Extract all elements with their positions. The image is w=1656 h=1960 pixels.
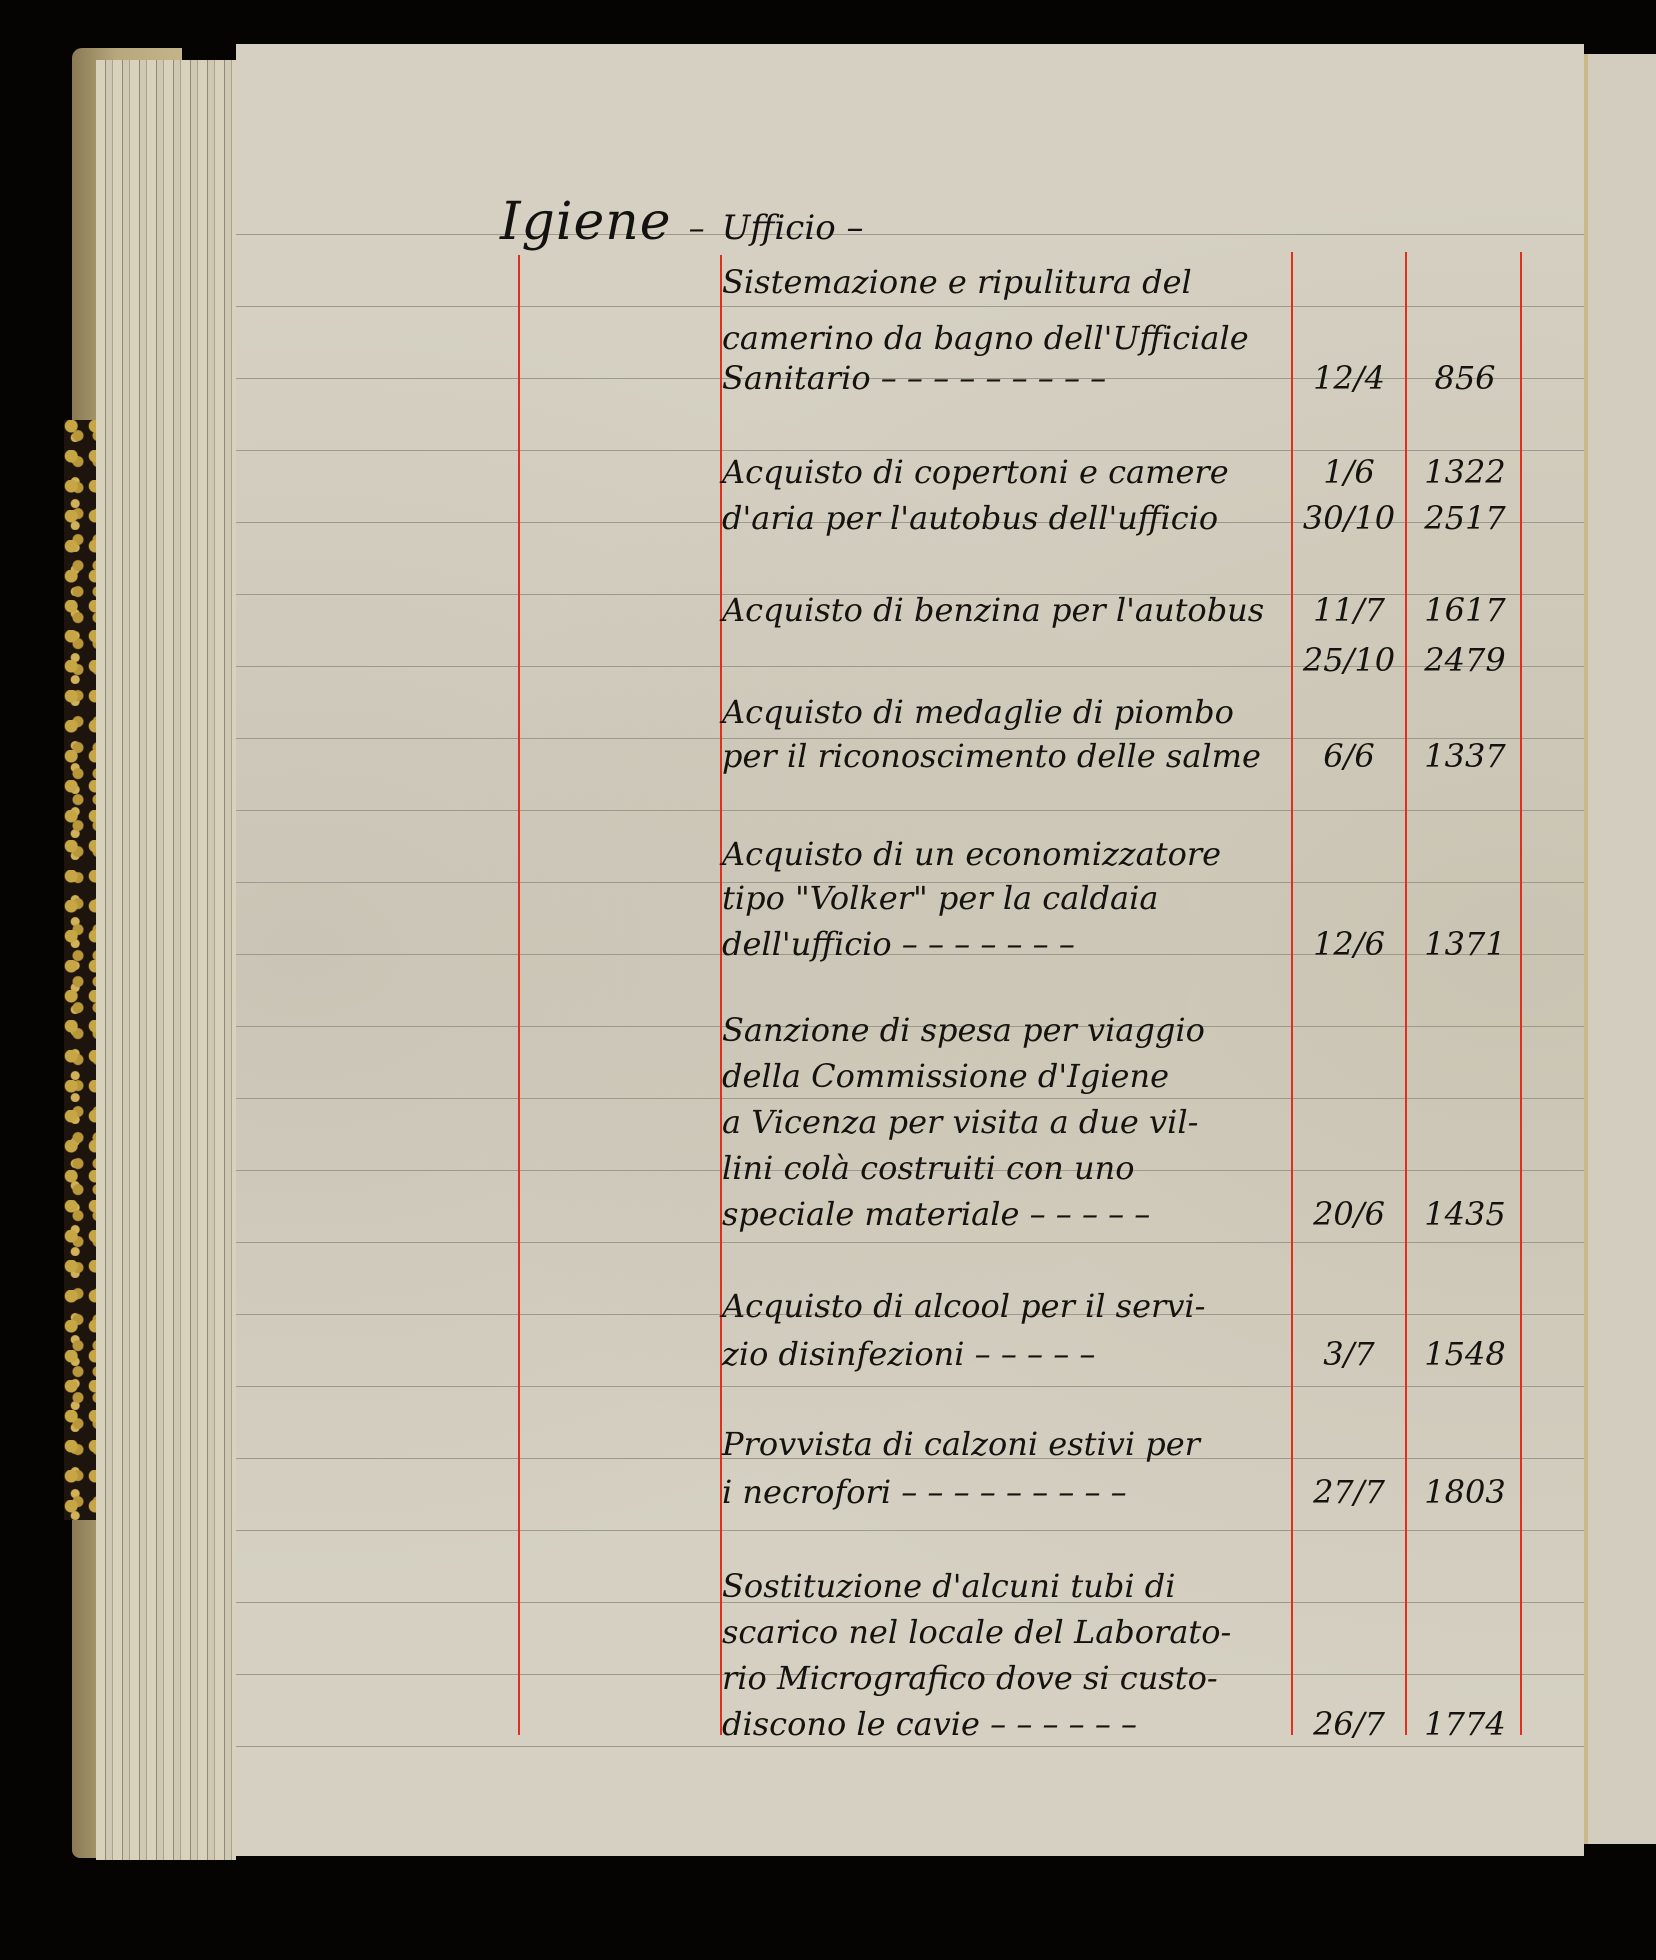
entry-date: 1/6	[1294, 452, 1404, 492]
entry-text-line: Acquisto di un economizzatore	[722, 834, 1282, 874]
entry-text-line: Acquisto di copertoni e camere	[722, 452, 1282, 492]
margin-rule	[518, 255, 520, 1735]
ledger-book: Igiene – Ufficio – Sistemazione e ripuli…	[0, 0, 1656, 1960]
entry-text-line: i necrofori – – – – – – – – –	[722, 1472, 1282, 1512]
entry-date: 12/6	[1294, 924, 1404, 964]
entry-text-line: lini colà costruiti con uno	[722, 1148, 1282, 1188]
entry-text-line: scarico nel locale del Laborato-	[722, 1612, 1282, 1652]
marbled-binding	[64, 420, 96, 1520]
entry-text-line: tipo "Volker" per la caldaia	[722, 878, 1282, 918]
entry-date: 30/10	[1294, 498, 1404, 538]
ruled-line	[236, 1242, 1584, 1243]
entry-text-line: d'aria per l'autobus dell'ufficio	[722, 498, 1282, 538]
ruled-line	[236, 810, 1584, 811]
entry-text-line: Acquisto di alcool per il servi-	[722, 1286, 1282, 1326]
entry-text-line: Acquisto di benzina per l'autobus	[722, 590, 1282, 630]
entry-date: 20/6	[1294, 1194, 1404, 1234]
entry-number: 856	[1412, 358, 1518, 398]
right-column-rule	[1520, 252, 1522, 1735]
heading-subtitle: Ufficio –	[722, 208, 864, 248]
page-stack-edges	[96, 60, 236, 1860]
entry-number: 1371	[1412, 924, 1518, 964]
date-column-rule	[1291, 252, 1293, 1735]
entry-number: 1548	[1412, 1334, 1518, 1374]
facing-page-edge	[1584, 54, 1656, 1844]
entry-number: 1435	[1412, 1194, 1518, 1234]
heading-separator: –	[689, 209, 705, 247]
ruled-line	[236, 1746, 1584, 1747]
number-column-rule	[1405, 252, 1407, 1735]
ruled-line	[236, 1530, 1584, 1531]
entry-text-line: Sistemazione e ripulitura del	[722, 262, 1282, 302]
entry-text-line: discono le cavie – – – – – –	[722, 1704, 1282, 1744]
entry-date: 27/7	[1294, 1472, 1404, 1512]
entry-text-line: della Commissione d'Igiene	[722, 1056, 1282, 1096]
entry-text-line: per il riconoscimento delle salme	[722, 736, 1282, 776]
entry-text-line: Acquisto di medaglie di piombo	[722, 692, 1282, 732]
entry-text-line: speciale materiale – – – – –	[722, 1194, 1282, 1234]
entry-text-line: Sanzione di spesa per viaggio	[722, 1010, 1282, 1050]
entry-number: 2479	[1412, 640, 1518, 680]
entry-text-line: camerino da bagno dell'Ufficiale	[722, 318, 1282, 358]
ruled-line	[236, 1386, 1584, 1387]
entry-text-line: Sanitario – – – – – – – – –	[722, 358, 1282, 398]
entry-date: 12/4	[1294, 358, 1404, 398]
entry-date: 6/6	[1294, 736, 1404, 776]
entry-number: 1322	[1412, 452, 1518, 492]
entry-number: 1774	[1412, 1704, 1518, 1744]
page-heading: Igiene – Ufficio –	[500, 192, 864, 252]
entry-text-line: Sostituzione d'alcuni tubi di	[722, 1566, 1282, 1606]
ruled-line	[236, 1098, 1584, 1099]
entry-text-line: zio disinfezioni – – – – –	[722, 1334, 1282, 1374]
entry-number: 1337	[1412, 736, 1518, 776]
entry-number: 1617	[1412, 590, 1518, 630]
entry-text-line: Provvista di calzoni estivi per	[722, 1424, 1282, 1464]
entry-text-line: rio Micrografico dove si custo-	[722, 1658, 1282, 1698]
entry-date: 26/7	[1294, 1704, 1404, 1744]
ruled-line	[236, 450, 1584, 451]
entry-text-line: a Vicenza per visita a due vil-	[722, 1102, 1282, 1142]
entry-date: 3/7	[1294, 1334, 1404, 1374]
ruled-line	[236, 306, 1584, 307]
entry-date: 25/10	[1294, 640, 1404, 680]
entry-date: 11/7	[1294, 590, 1404, 630]
ruled-line	[236, 234, 1584, 235]
entry-number: 2517	[1412, 498, 1518, 538]
heading-title: Igiene	[500, 192, 672, 252]
entry-text-line: dell'ufficio – – – – – – –	[722, 924, 1282, 964]
entry-number: 1803	[1412, 1472, 1518, 1512]
